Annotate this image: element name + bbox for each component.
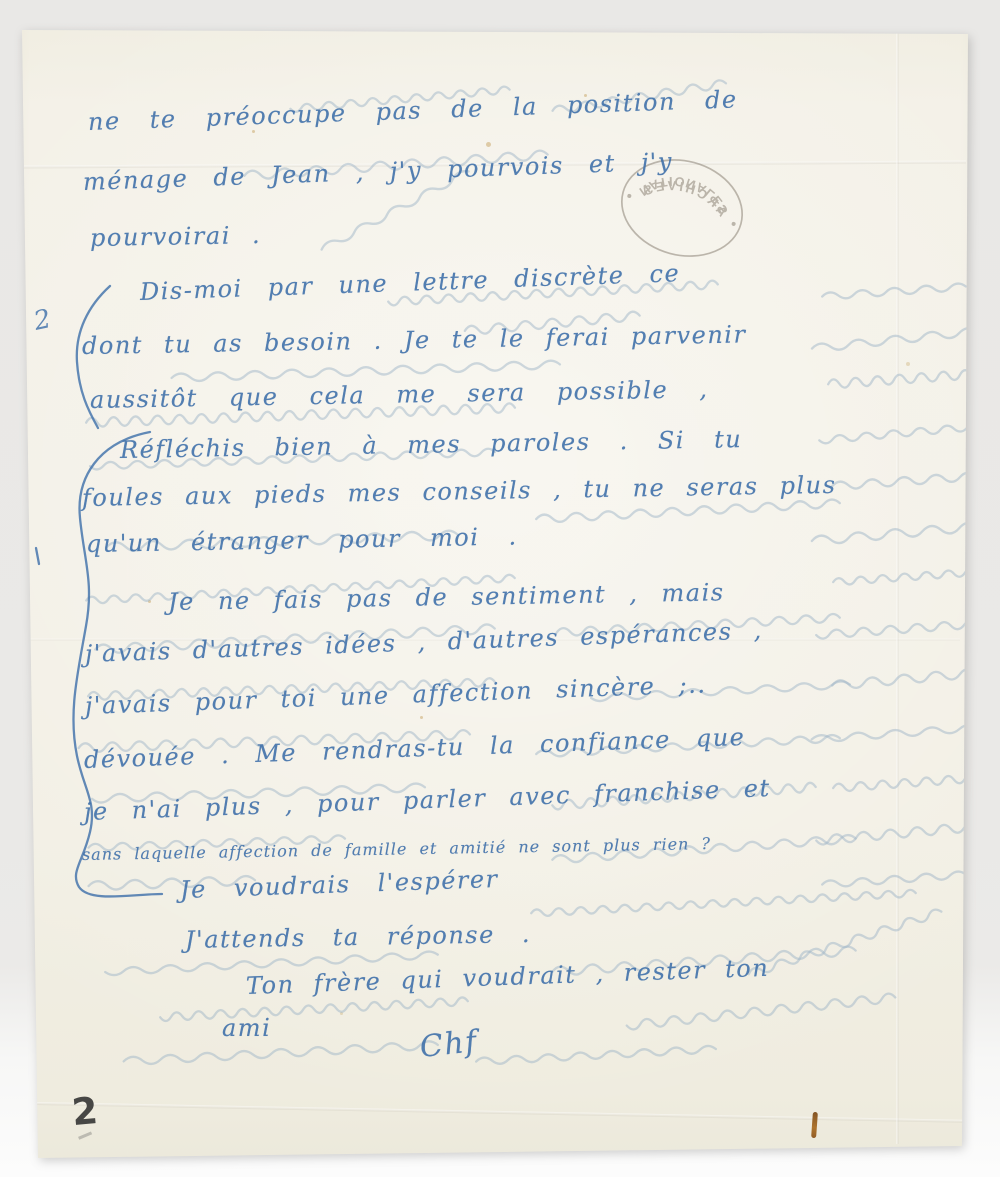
bleedthrough-mark bbox=[835, 273, 966, 308]
bleedthrough-mark bbox=[827, 514, 979, 553]
foxing-speck bbox=[252, 130, 255, 133]
bleedthrough-mark bbox=[825, 413, 982, 452]
letter-line-17: J'attends ta réponse . bbox=[185, 920, 532, 954]
rust-stain bbox=[811, 1112, 818, 1138]
bleedthrough-mark bbox=[827, 318, 979, 360]
bleedthrough-mark bbox=[536, 880, 917, 926]
pencil-page-number: 2 bbox=[70, 1089, 99, 1134]
letter-line-3: pourvoirai . bbox=[90, 221, 262, 252]
bleedthrough-mark bbox=[827, 715, 978, 751]
margin-insert-mark: 2 bbox=[30, 304, 53, 337]
bleedthrough-mark bbox=[835, 559, 976, 595]
letter-line-19: ami bbox=[222, 1014, 271, 1042]
bleedthrough-mark bbox=[635, 984, 896, 1037]
letter-page: ARCHIVES NATIONALES 2 ne te préoccupe pa… bbox=[0, 0, 1000, 1177]
bleedthrough-mark bbox=[485, 1036, 716, 1074]
margin-tick bbox=[36, 548, 39, 564]
stamp-dot-left bbox=[731, 221, 736, 226]
letter-line-20: Chf bbox=[418, 1024, 479, 1065]
bleedthrough-mark bbox=[835, 463, 976, 499]
fold-crease-bottom bbox=[36, 1102, 964, 1123]
foxing-speck bbox=[420, 716, 423, 719]
stamp-dot-right bbox=[627, 194, 632, 199]
bleedthrough-mark bbox=[827, 611, 978, 647]
bleedthrough-mark bbox=[835, 361, 971, 396]
bleedthrough-mark bbox=[835, 765, 976, 801]
letter-sheet-wrap: ARCHIVES NATIONALES 2 ne te préoccupe pa… bbox=[0, 0, 1000, 1177]
scan-background: ARCHIVES NATIONALES 2 ne te préoccupe pa… bbox=[0, 0, 1000, 1177]
bleedthrough-mark bbox=[128, 1032, 439, 1074]
bleedthrough-mark bbox=[835, 660, 977, 698]
